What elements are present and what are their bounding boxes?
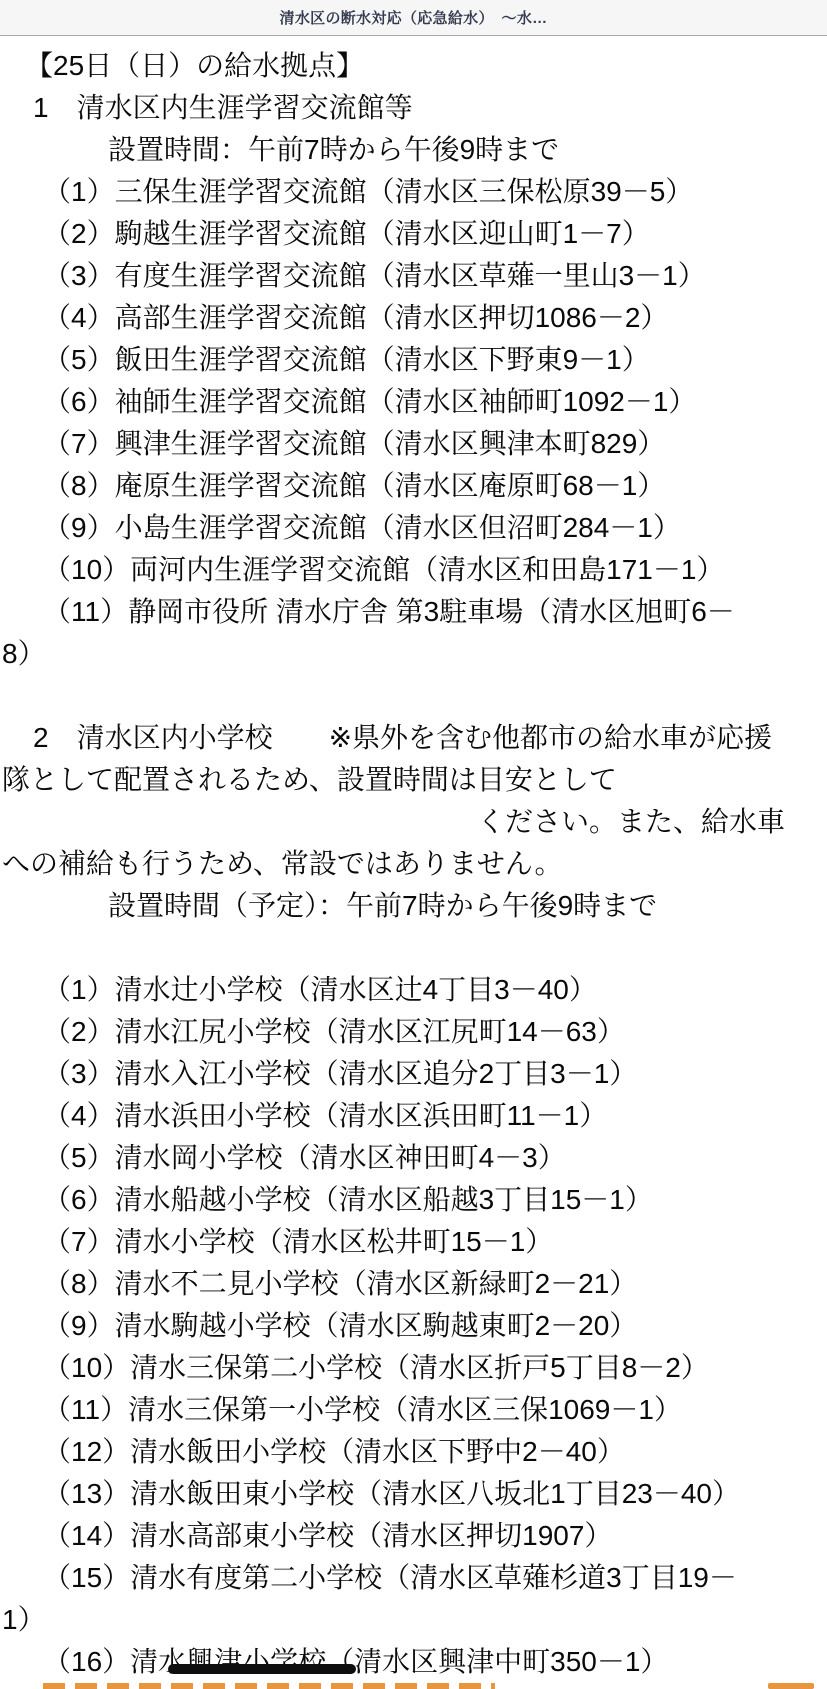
text-line: （6）清水船越小学校（清水区船越3丁目15－1）: [0, 1179, 827, 1221]
section-elementary-schools: 2 清水区内小学校 ※県外を含む他都市の給水車が応援隊として配置されるため、設置…: [0, 717, 827, 1683]
doc-heading: 【25日（日）の給水拠点】: [0, 45, 827, 87]
text-line: （5）清水岡小学校（清水区神田町4－3）: [0, 1137, 827, 1179]
text-line: 設置時間（予定）：午前7時から午後9時まで: [0, 885, 827, 927]
text-line: （9）小島生涯学習交流館（清水区但沼町284－1）: [0, 507, 827, 549]
document-body: 【25日（日）の給水拠点】 1 清水区内生涯学習交流館等設置時間：午前7時から午…: [0, 36, 827, 1689]
text-line: （3）清水入江小学校（清水区追分2丁目3－1）: [0, 1053, 827, 1095]
text-line: （8）庵原生涯学習交流館（清水区庵原町68－1）: [0, 465, 827, 507]
text-line: （16）清水興津小学校（清水区興津中町350－1）: [0, 1641, 827, 1683]
text-line: （5）飯田生涯学習交流館（清水区下野東9－1）: [0, 339, 827, 381]
text-line: （4）清水浜田小学校（清水区浜田町11－1）: [0, 1095, 827, 1137]
clipped-next-line-fragment: [43, 1683, 495, 1689]
text-line: 2 清水区内小学校 ※県外を含む他都市の給水車が応援: [0, 717, 827, 759]
text-line: ください。また、給水車: [0, 801, 827, 843]
text-line: （1）清水辻小学校（清水区辻4丁目3－40）: [0, 969, 827, 1011]
text-line: （15）清水有度第二小学校（清水区草薙杉道3丁目19－: [0, 1557, 827, 1599]
text-line: （2）清水江尻小学校（清水区江尻町14－63）: [0, 1011, 827, 1053]
text-line: （11）静岡市役所 清水庁舎 第3駐車場（清水区旭町6－: [0, 591, 827, 633]
text-line: （10）清水三保第二小学校（清水区折戸5丁目8－2）: [0, 1347, 827, 1389]
clipped-next-line-fragment: [768, 1683, 814, 1689]
text-line: （9）清水駒越小学校（清水区駒越東町2－20）: [0, 1305, 827, 1347]
text-line: （1）三保生涯学習交流館（清水区三保松原39－5）: [0, 171, 827, 213]
redaction-marker-bar: [168, 1664, 356, 1674]
text-line: （14）清水高部東小学校（清水区押切1907）: [0, 1515, 827, 1557]
section-community-centers: 1 清水区内生涯学習交流館等設置時間：午前7時から午後9時まで（1）三保生涯学習…: [0, 87, 827, 675]
text-line: （11）清水三保第一小学校（清水区三保1069－1）: [0, 1389, 827, 1431]
title-bar: 清水区の断水対応（応急給水） ～水…: [0, 0, 827, 36]
text-line: [0, 927, 827, 969]
text-line: 8）: [0, 633, 827, 675]
text-line: （6）袖師生涯学習交流館（清水区袖師町1092－1）: [0, 381, 827, 423]
text-line: （7）興津生涯学習交流館（清水区興津本町829）: [0, 423, 827, 465]
page-title: 清水区の断水対応（応急給水） ～水…: [280, 7, 548, 28]
text-line: への補給も行うため、常設ではありません。: [0, 843, 827, 885]
text-line: 隊として配置されるため、設置時間は目安として: [0, 759, 827, 801]
text-line: （4）高部生涯学習交流館（清水区押切1086－2）: [0, 297, 827, 339]
text-line: （3）有度生涯学習交流館（清水区草薙一里山3－1）: [0, 255, 827, 297]
text-line: （8）清水不二見小学校（清水区新緑町2－21）: [0, 1263, 827, 1305]
text-line: 1 清水区内生涯学習交流館等: [0, 87, 827, 129]
text-line: （12）清水飯田小学校（清水区下野中2－40）: [0, 1431, 827, 1473]
text-line: （2）駒越生涯学習交流館（清水区迎山町1－7）: [0, 213, 827, 255]
text-line: （13）清水飯田東小学校（清水区八坂北1丁目23－40）: [0, 1473, 827, 1515]
text-line: （7）清水小学校（清水区松井町15－1）: [0, 1221, 827, 1263]
text-line: （10）両河内生涯学習交流館（清水区和田島171－1）: [0, 549, 827, 591]
text-line: 設置時間：午前7時から午後9時まで: [0, 129, 827, 171]
app-window: 清水区の断水対応（応急給水） ～水… 【25日（日）の給水拠点】 1 清水区内生…: [0, 0, 827, 1689]
text-line: 1）: [0, 1599, 827, 1641]
